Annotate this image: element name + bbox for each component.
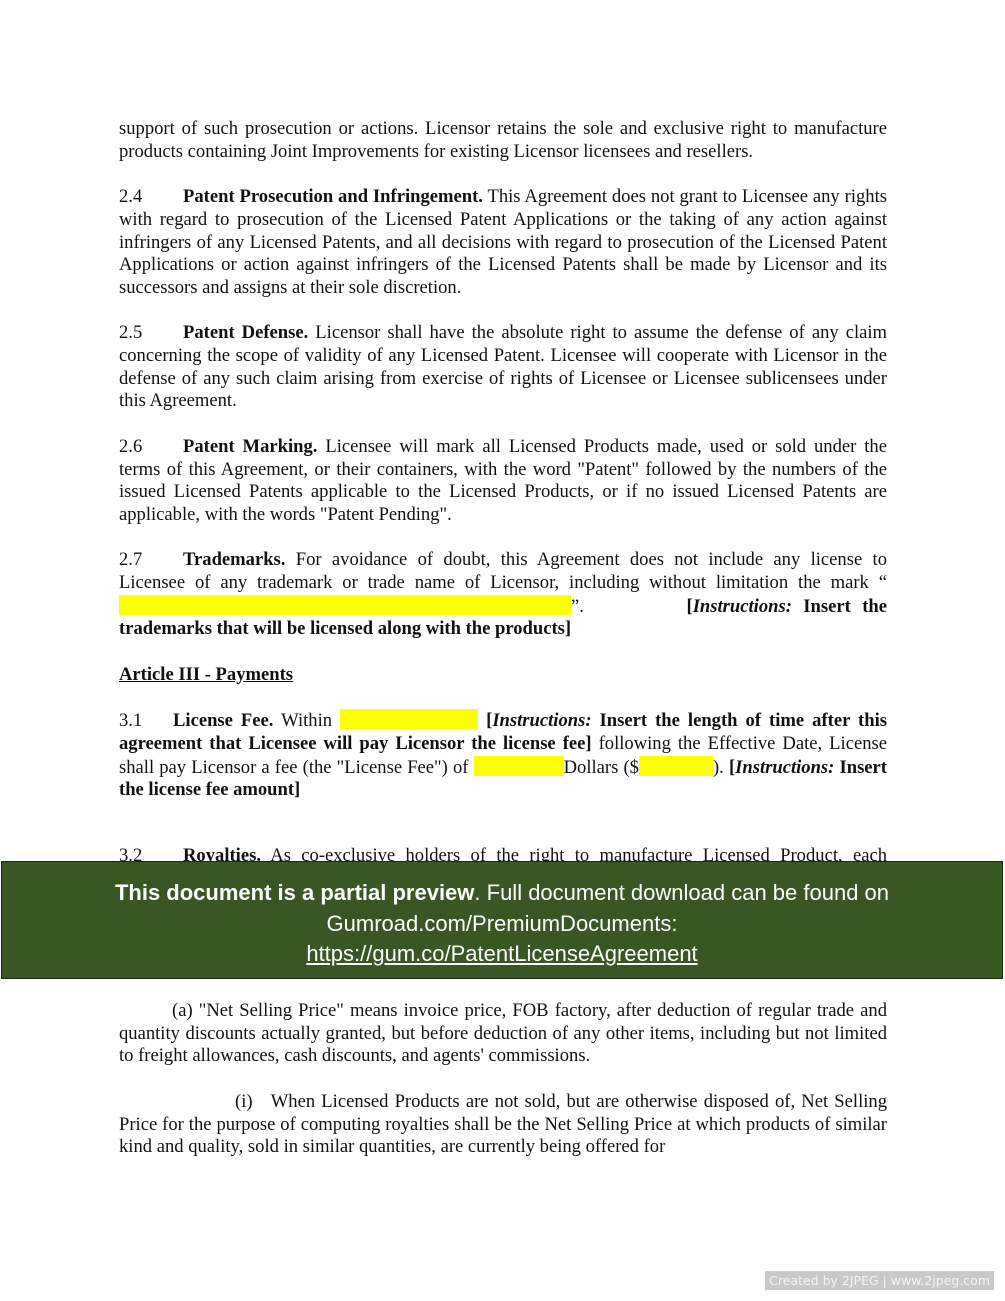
article-title: Article III - Payments <box>119 664 293 685</box>
section-number: 3.1 <box>119 710 173 733</box>
close-paren: ). <box>713 757 724 778</box>
section-2-6: 2.6Patent Marking. Licensee will mark al… <box>119 436 887 527</box>
instruction-label: Instructions: <box>693 596 792 617</box>
time-period-blank-field[interactable] <box>340 709 478 729</box>
article-heading: Article III - Payments <box>119 664 887 687</box>
section-3-2-partial: 3.2Royalties. As co-exclusive holders of… <box>119 845 887 861</box>
download-link[interactable]: https://gum.co/PatentLicenseAgreement <box>306 941 697 966</box>
section-heading: Patent Defense. <box>183 322 308 343</box>
section-number: 2.6 <box>119 436 183 459</box>
section-2-7: 2.7Trademarks. For avoidance of doubt, t… <box>119 549 887 641</box>
document-continued: (a) "Net Selling Price" means invoice pr… <box>119 1000 887 1182</box>
section-3-1: 3.1License Fee. Within [Instructions: In… <box>119 709 887 802</box>
banner-line-2: Gumroad.com/PremiumDocuments: <box>2 909 1002 940</box>
fee-words-blank-field[interactable] <box>474 756 564 776</box>
section-heading: Trademarks. <box>183 549 285 570</box>
section-number: 3.2 <box>119 845 183 861</box>
watermark: Created by 2JPEG | www.2jpeg.com <box>765 1271 994 1290</box>
section-2-5: 2.5Patent Defense. Licensor shall have t… <box>119 322 887 413</box>
fee-amount-blank-field[interactable] <box>639 756 713 776</box>
open-quote: “ <box>879 572 887 593</box>
within-text: Within <box>273 710 340 731</box>
dollars-text: Dollars ($ <box>564 757 639 778</box>
banner-text: . Full document download can be found on <box>474 880 889 905</box>
net-selling-price-clause: (a) "Net Selling Price" means invoice pr… <box>119 1000 887 1068</box>
subclause-i: (i) When Licensed Products are not sold,… <box>119 1091 887 1159</box>
intro-paragraph: support of such prosecution or actions. … <box>119 118 887 163</box>
section-2-4: 2.4Patent Prosecution and Infringement. … <box>119 186 887 300</box>
instruction-bracket: [ <box>478 710 492 731</box>
section-heading: License Fee. <box>173 710 273 731</box>
close-quote: ”. <box>571 596 584 617</box>
section-number: 2.5 <box>119 322 183 345</box>
instruction-label: Instructions: <box>735 757 834 778</box>
banner-bold-text: This document is a partial preview <box>115 880 474 905</box>
preview-banner: This document is a partial preview. Full… <box>1 861 1003 979</box>
banner-line-1: This document is a partial preview. Full… <box>2 878 1002 909</box>
section-number: 2.7 <box>119 549 183 572</box>
section-heading: Patent Marking. <box>183 436 317 457</box>
section-heading: Royalties. <box>183 845 261 861</box>
section-body: As co-exclusive holders of the right to … <box>261 845 887 861</box>
section-heading: Patent Prosecution and Infringement. <box>183 186 483 207</box>
document-page: support of such prosecution or actions. … <box>119 118 887 825</box>
section-number: 2.4 <box>119 186 183 209</box>
instruction-label: Instructions: <box>492 710 591 731</box>
trademark-blank-field[interactable] <box>119 595 571 615</box>
